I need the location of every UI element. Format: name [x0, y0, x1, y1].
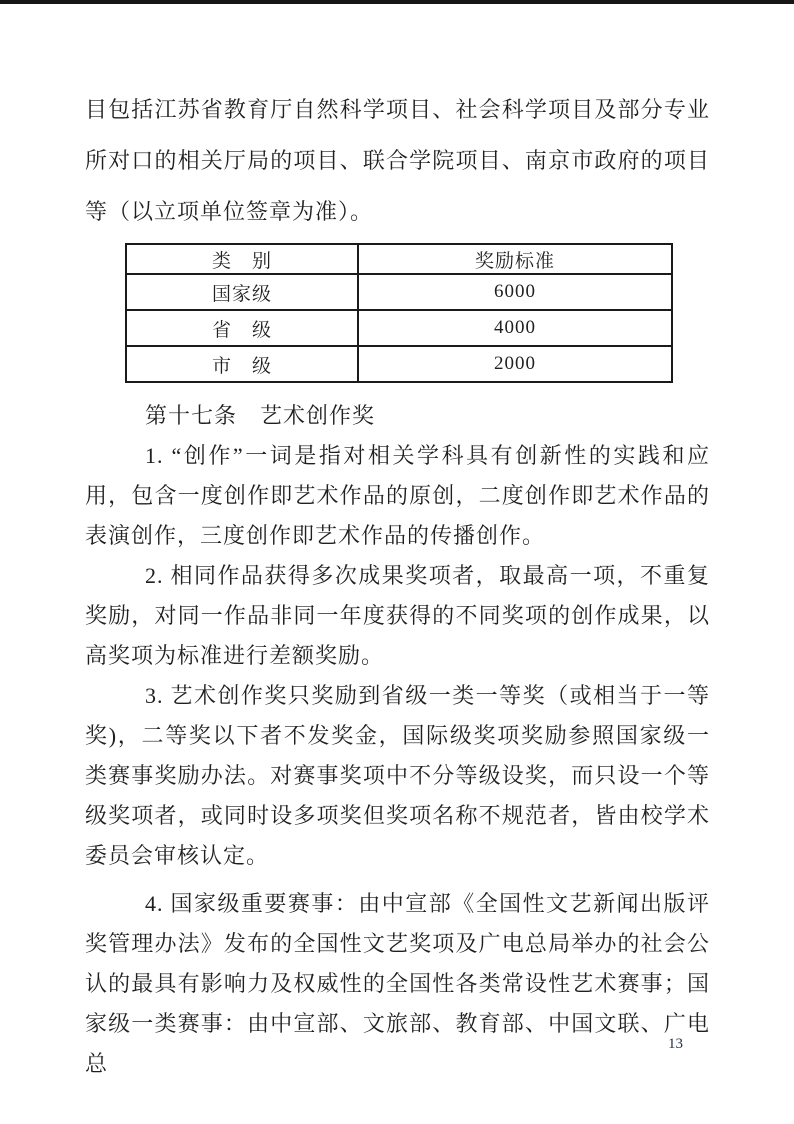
section-heading: 第十七条 艺术创作奖	[85, 396, 710, 436]
table-cell-category: 市 级	[126, 346, 358, 382]
table-row: 市 级 2000	[126, 346, 672, 382]
table-cell-standard: 6000	[358, 274, 672, 310]
paragraph-4: 4. 国家级重要赛事：由中宣部《全国性文艺新闻出版评奖管理办法》发布的全国性文艺…	[85, 884, 710, 1084]
paragraph-1: 1. “创作”一词是指对相关学科具有创新性的实践和应用，包含一度创作即艺术作品的…	[85, 436, 710, 556]
intro-paragraph: 目包括江苏省教育厅自然科学项目、社会科学项目及部分专业所对口的相关厅局的项目、联…	[85, 84, 710, 237]
table-header-standard: 奖励标准	[358, 244, 672, 274]
paragraph-3: 3. 艺术创作奖只奖励到省级一类一等奖（或相当于一等奖)，二等奖以下者不发奖金，…	[85, 676, 710, 876]
table-row: 省 级 4000	[126, 310, 672, 346]
document-page: 目包括江苏省教育厅自然科学项目、社会科学项目及部分专业所对口的相关厅局的项目、联…	[0, 0, 794, 1124]
table-header-row: 类 别 奖励标准	[126, 244, 672, 274]
paragraph-2: 2. 相同作品获得多次成果奖项者，取最高一项，不重复奖励，对同一作品非同一年度获…	[85, 556, 710, 676]
reward-standard-table: 类 别 奖励标准 国家级 6000 省 级 4000 市 级 2000	[125, 243, 673, 383]
table-cell-category: 国家级	[126, 274, 358, 310]
table-cell-category: 省 级	[126, 310, 358, 346]
window-top-edge	[0, 0, 794, 4]
table-cell-standard: 2000	[358, 346, 672, 382]
table-cell-standard: 4000	[358, 310, 672, 346]
table-row: 国家级 6000	[126, 274, 672, 310]
document-content: 目包括江苏省教育厅自然科学项目、社会科学项目及部分专业所对口的相关厅局的项目、联…	[85, 84, 710, 1084]
table-header-category: 类 别	[126, 244, 358, 274]
page-number: 13	[668, 1036, 683, 1053]
